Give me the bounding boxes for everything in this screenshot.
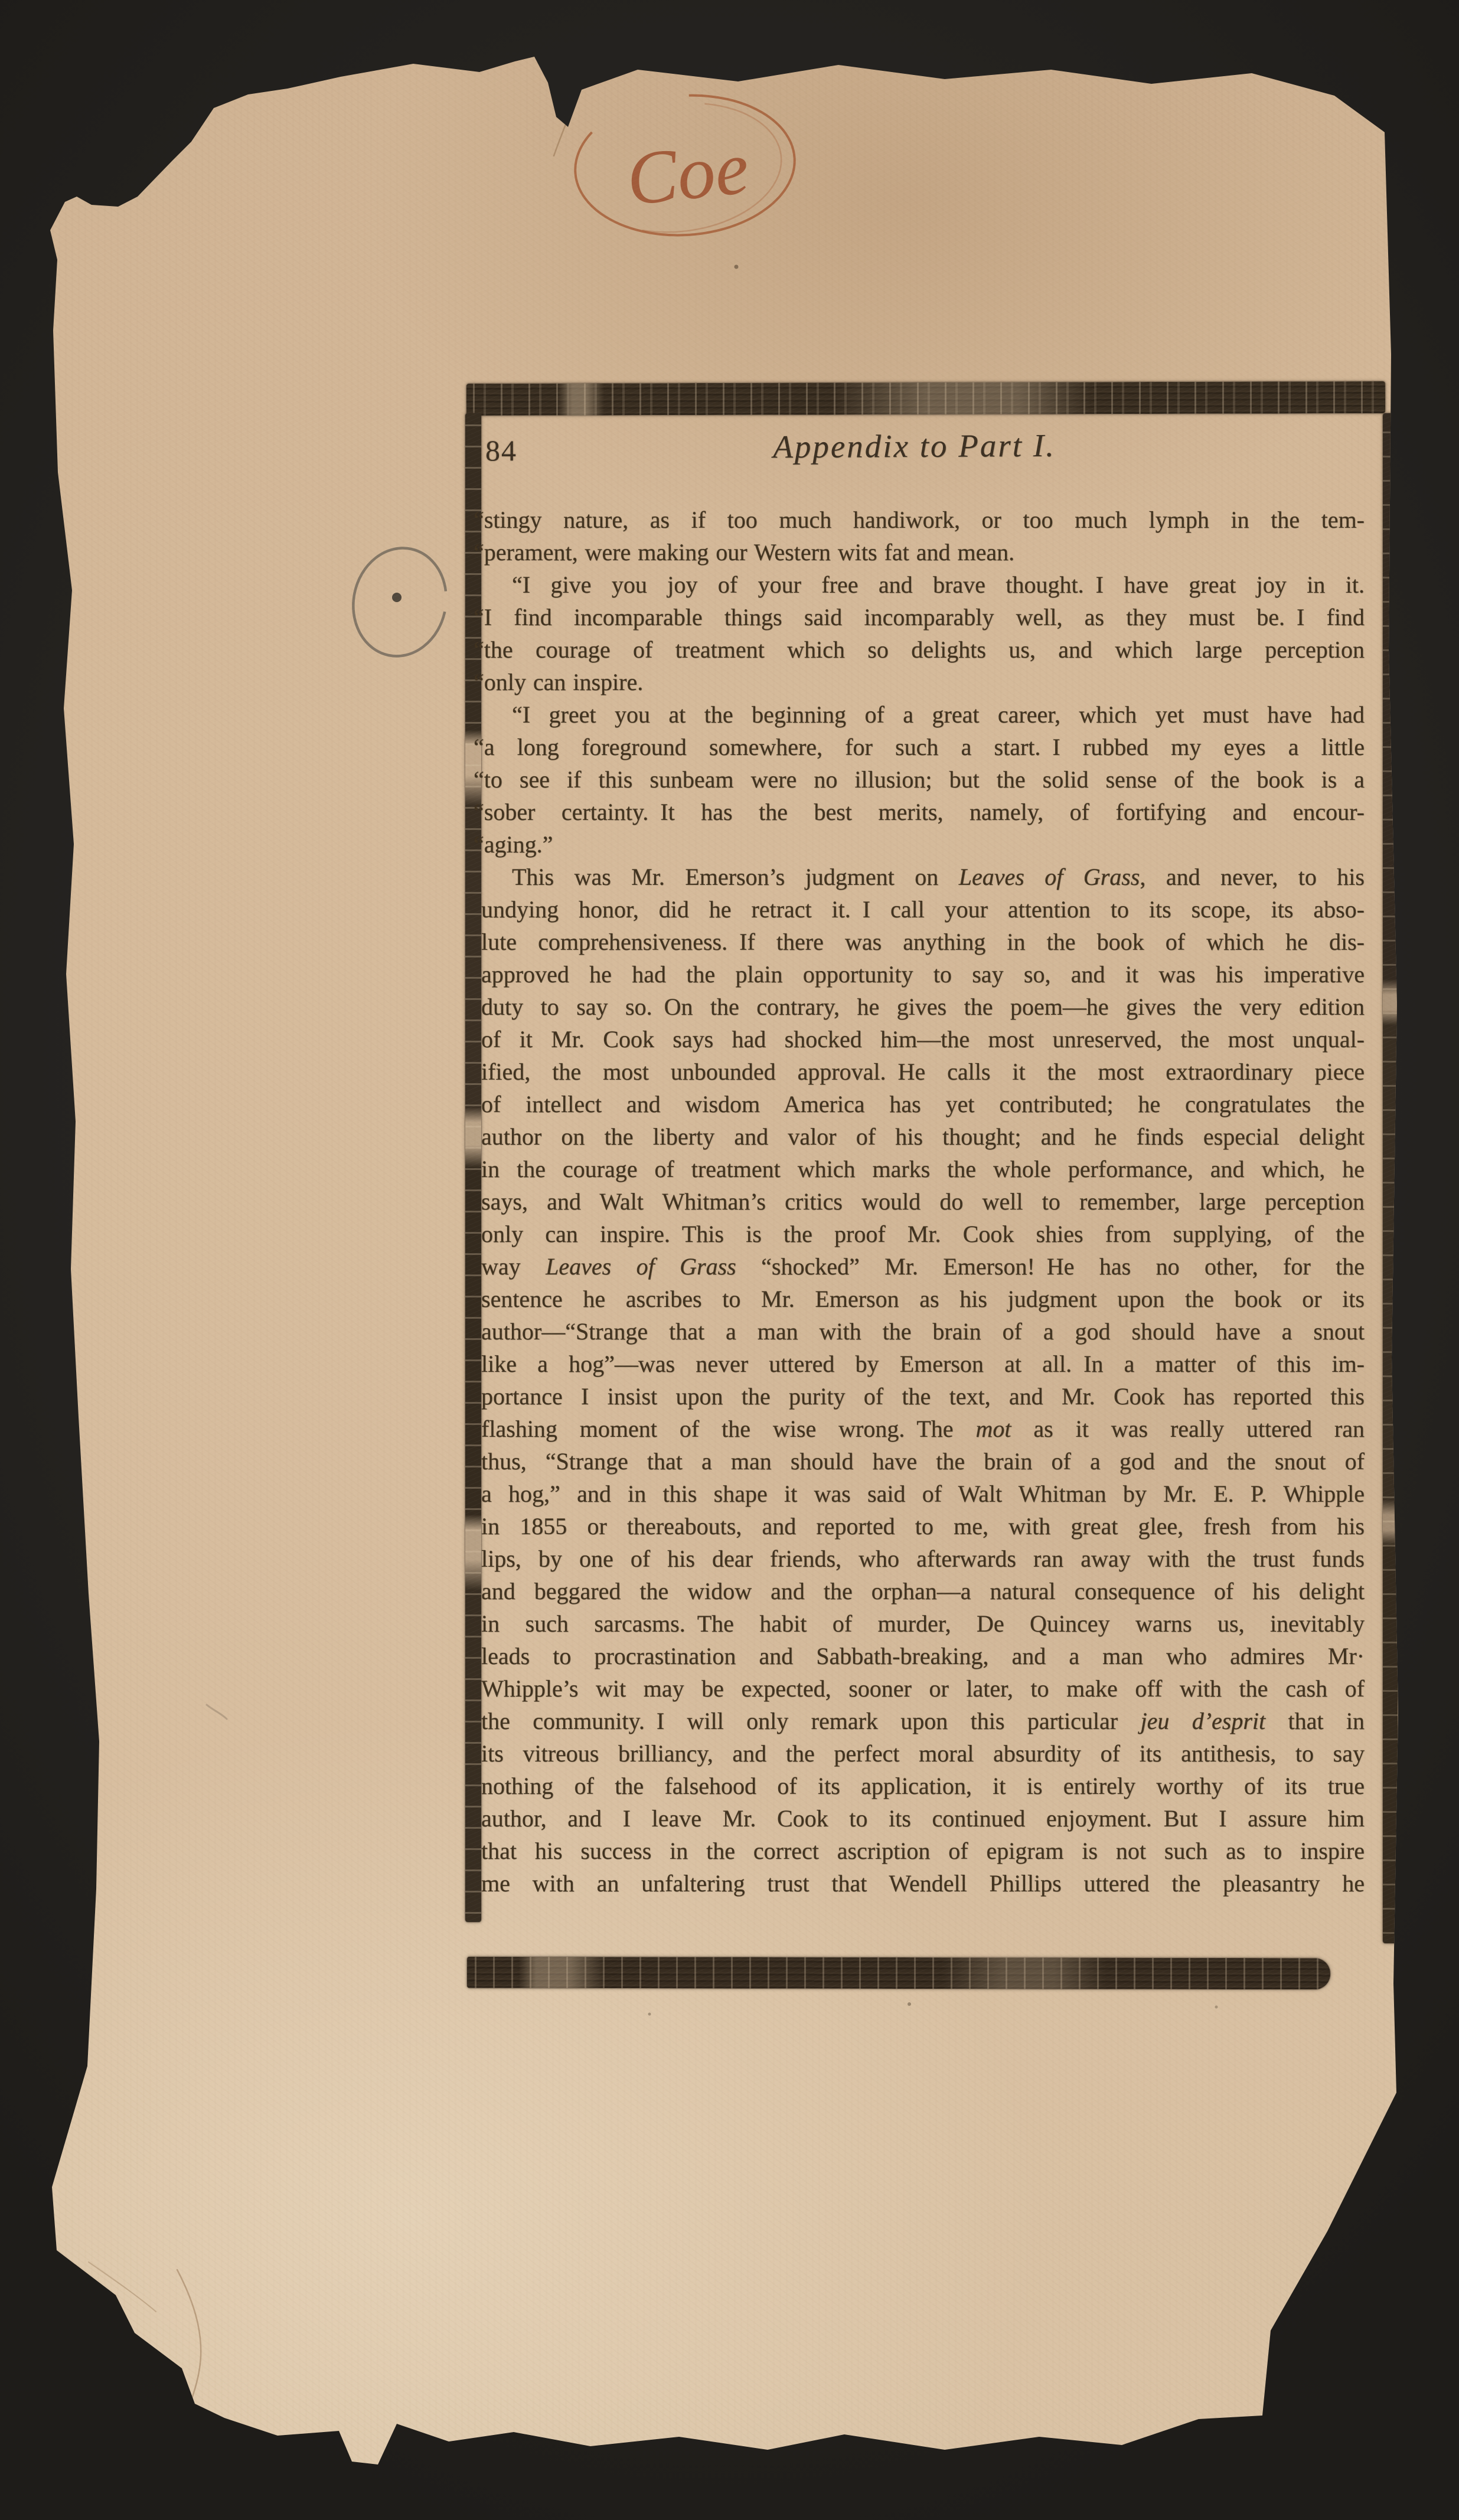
- text-segment: “only can inspire.: [474, 669, 643, 695]
- text-line: author—“Strange that a man with the brai…: [481, 1315, 1365, 1348]
- text-segment: Whipple’s wit may be expected, sooner or…: [481, 1675, 1365, 1702]
- text-line: “I give you joy of your free and brave t…: [481, 568, 1365, 601]
- text-segment: its vitreous brilliancy, and the perfect…: [481, 1740, 1365, 1767]
- text-segment: “I greet you at the beginning of a great…: [512, 701, 1365, 728]
- text-segment: and beggared the widow and the orphan—a …: [481, 1578, 1365, 1604]
- text-line: thus, “Strange that a man should have th…: [481, 1445, 1365, 1478]
- text-segment: like a hog”—was never uttered by Emerson…: [481, 1351, 1365, 1377]
- text-segment: leads to procrastination and Sabbath-bre…: [481, 1643, 1365, 1669]
- text-line: that his success in the correct ascripti…: [481, 1835, 1365, 1867]
- text-line: This was Mr. Emerson’s judgment on Leave…: [481, 861, 1365, 893]
- text-line: flashing moment of the wise wrong. The m…: [481, 1413, 1365, 1445]
- text-line: approved he had the plain opportunity to…: [481, 958, 1365, 991]
- red-inscription-oval: [569, 88, 799, 243]
- text-line: Whipple’s wit may be expected, sooner or…: [481, 1672, 1365, 1705]
- text-segment: duty to say so. On the contrary, he give…: [481, 993, 1365, 1020]
- text-line: “the courage of treatment which so delig…: [474, 633, 1365, 666]
- red-inscription-text: Coe: [623, 125, 753, 221]
- text-line: only can inspire. This is the proof Mr. …: [481, 1218, 1365, 1250]
- text-line: like a hog”—was never uttered by Emerson…: [481, 1348, 1365, 1380]
- text-block: “stingy nature, as if too much handiwork…: [481, 504, 1365, 1900]
- text-segment: author—“Strange that a man with the brai…: [481, 1318, 1365, 1345]
- scan-background: Coe: [0, 0, 1459, 2520]
- text-segment: of intellect and wisdom America has yet …: [481, 1091, 1365, 1117]
- text-line: “perament, were making our Western wits …: [474, 536, 1365, 568]
- text-line: sentence he ascribes to Mr. Emerson as h…: [481, 1283, 1365, 1315]
- text-line: “I find incomparable things said incompa…: [474, 601, 1365, 633]
- text-segment: “to see if this sunbeam were no illusion…: [474, 766, 1365, 793]
- text-segment: “perament, were making our Western wits …: [474, 539, 1014, 566]
- text-line: “I greet you at the beginning of a great…: [481, 698, 1365, 731]
- text-line: “aging.”: [474, 828, 1365, 861]
- text-segment: the community. I will only remark upon t…: [481, 1708, 1140, 1734]
- text-segment: way: [481, 1253, 546, 1280]
- pencil-oval-mark: [344, 540, 456, 665]
- text-line: and beggared the widow and the orphan—a …: [481, 1575, 1365, 1607]
- text-line: lips, by one of his dear friends, who af…: [481, 1542, 1365, 1575]
- text-segment: thus, “Strange that a man should have th…: [481, 1448, 1365, 1475]
- text-line: leads to procrastination and Sabbath-bre…: [481, 1640, 1365, 1672]
- text-segment: “I find incomparable things said incompa…: [474, 604, 1365, 630]
- bottom-border-rule: [467, 1957, 1330, 1990]
- italic-text-segment: jeu d’esprit: [1140, 1708, 1265, 1734]
- text-segment: that in: [1265, 1708, 1365, 1734]
- text-line: “stingy nature, as if too much handiwork…: [474, 504, 1365, 536]
- text-line: “to see if this sunbeam were no illusion…: [474, 763, 1365, 796]
- text-segment: only can inspire. This is the proof Mr. …: [481, 1221, 1365, 1247]
- text-segment: lips, by one of his dear friends, who af…: [481, 1545, 1365, 1572]
- text-line: author on the liberty and valor of his t…: [481, 1120, 1365, 1153]
- text-line: a hog,” and in this shape it was said of…: [481, 1478, 1365, 1510]
- text-segment: , and never, to his: [1140, 864, 1365, 890]
- text-line: says, and Walt Whitman’s critics would d…: [481, 1185, 1365, 1218]
- text-segment: in such sarcasms. The habit of murder, D…: [481, 1610, 1365, 1637]
- italic-text-segment: Leaves of Grass: [546, 1253, 736, 1280]
- text-line: lute comprehensiveness. If there was any…: [481, 926, 1365, 958]
- text-line: of intellect and wisdom America has yet …: [481, 1088, 1365, 1120]
- text-line: its vitreous brilliancy, and the perfect…: [481, 1737, 1365, 1770]
- italic-text-segment: Leaves of Grass: [959, 864, 1140, 890]
- text-line: portance I insist upon the purity of the…: [481, 1380, 1365, 1413]
- text-segment: “shocked” Mr. Emerson! He has no other, …: [736, 1253, 1365, 1280]
- text-segment: that his success in the correct ascripti…: [481, 1838, 1365, 1864]
- italic-text-segment: mot: [975, 1416, 1011, 1442]
- text-segment: undying honor, did he retract it. I call…: [481, 896, 1365, 923]
- text-segment: in 1855 or thereabouts, and reported to …: [481, 1513, 1365, 1540]
- text-line: the community. I will only remark upon t…: [481, 1705, 1365, 1737]
- text-segment: “sober certainty. It has the best merits…: [474, 799, 1365, 825]
- top-border-rule: [466, 381, 1385, 416]
- text-line: of it Mr. Cook says had shocked him—the …: [481, 1023, 1365, 1055]
- text-line: in such sarcasms. The habit of murder, D…: [481, 1607, 1365, 1640]
- text-segment: me with an unfaltering trust that Wendel…: [481, 1870, 1365, 1897]
- text-segment: author, and I leave Mr. Cook to its cont…: [481, 1805, 1365, 1832]
- text-line: undying honor, did he retract it. I call…: [481, 893, 1365, 926]
- paper-sheet: Coe: [0, 0, 1459, 2520]
- text-segment: “aging.”: [474, 831, 553, 858]
- text-segment: portance I insist upon the purity of the…: [481, 1383, 1365, 1410]
- text-segment: nothing of the falsehood of its applicat…: [481, 1773, 1365, 1799]
- text-line: ified, the most unbounded approval. He c…: [481, 1055, 1365, 1088]
- text-line: author, and I leave Mr. Cook to its cont…: [481, 1802, 1365, 1835]
- page-header: 84 Appendix to Part I.: [468, 424, 1385, 481]
- text-segment: “a long foreground somewhere, for such a…: [474, 734, 1365, 760]
- text-line: “a long foreground somewhere, for such a…: [474, 731, 1365, 763]
- text-line: in the courage of treatment which marks …: [481, 1153, 1365, 1185]
- text-segment: as it was really uttered ran: [1011, 1416, 1365, 1442]
- printed-page-frame: 84 Appendix to Part I. “stingy nature, a…: [468, 383, 1398, 2012]
- text-segment: ified, the most unbounded approval. He c…: [481, 1058, 1365, 1085]
- text-segment: in the courage of treatment which marks …: [481, 1156, 1365, 1182]
- text-line: in 1855 or thereabouts, and reported to …: [481, 1510, 1365, 1542]
- text-segment: of it Mr. Cook says had shocked him—the …: [481, 1026, 1365, 1053]
- running-head-title: Appendix to Part I.: [468, 425, 1361, 467]
- right-border-rule: [1383, 413, 1398, 1943]
- text-line: way Leaves of Grass “shocked” Mr. Emerso…: [481, 1250, 1365, 1283]
- text-line: “sober certainty. It has the best merits…: [474, 796, 1365, 828]
- text-segment: says, and Walt Whitman’s critics would d…: [481, 1188, 1365, 1215]
- text-line: duty to say so. On the contrary, he give…: [481, 991, 1365, 1023]
- text-segment: “stingy nature, as if too much handiwork…: [474, 506, 1365, 533]
- text-line: me with an unfaltering trust that Wendel…: [481, 1867, 1365, 1900]
- text-segment: approved he had the plain opportunity to…: [481, 961, 1365, 988]
- text-segment: sentence he ascribes to Mr. Emerson as h…: [481, 1286, 1365, 1312]
- text-segment: “I give you joy of your free and brave t…: [512, 571, 1365, 598]
- text-line: nothing of the falsehood of its applicat…: [481, 1770, 1365, 1802]
- pencil-dot: [392, 593, 402, 602]
- text-segment: This was Mr. Emerson’s judgment on: [512, 864, 959, 890]
- text-segment: “the courage of treatment which so delig…: [474, 636, 1365, 663]
- text-segment: lute comprehensiveness. If there was any…: [481, 929, 1365, 955]
- text-segment: a hog,” and in this shape it was said of…: [481, 1480, 1365, 1507]
- text-segment: author on the liberty and valor of his t…: [481, 1123, 1365, 1150]
- text-line: “only can inspire.: [474, 666, 1365, 698]
- text-segment: flashing moment of the wise wrong. The: [481, 1416, 975, 1442]
